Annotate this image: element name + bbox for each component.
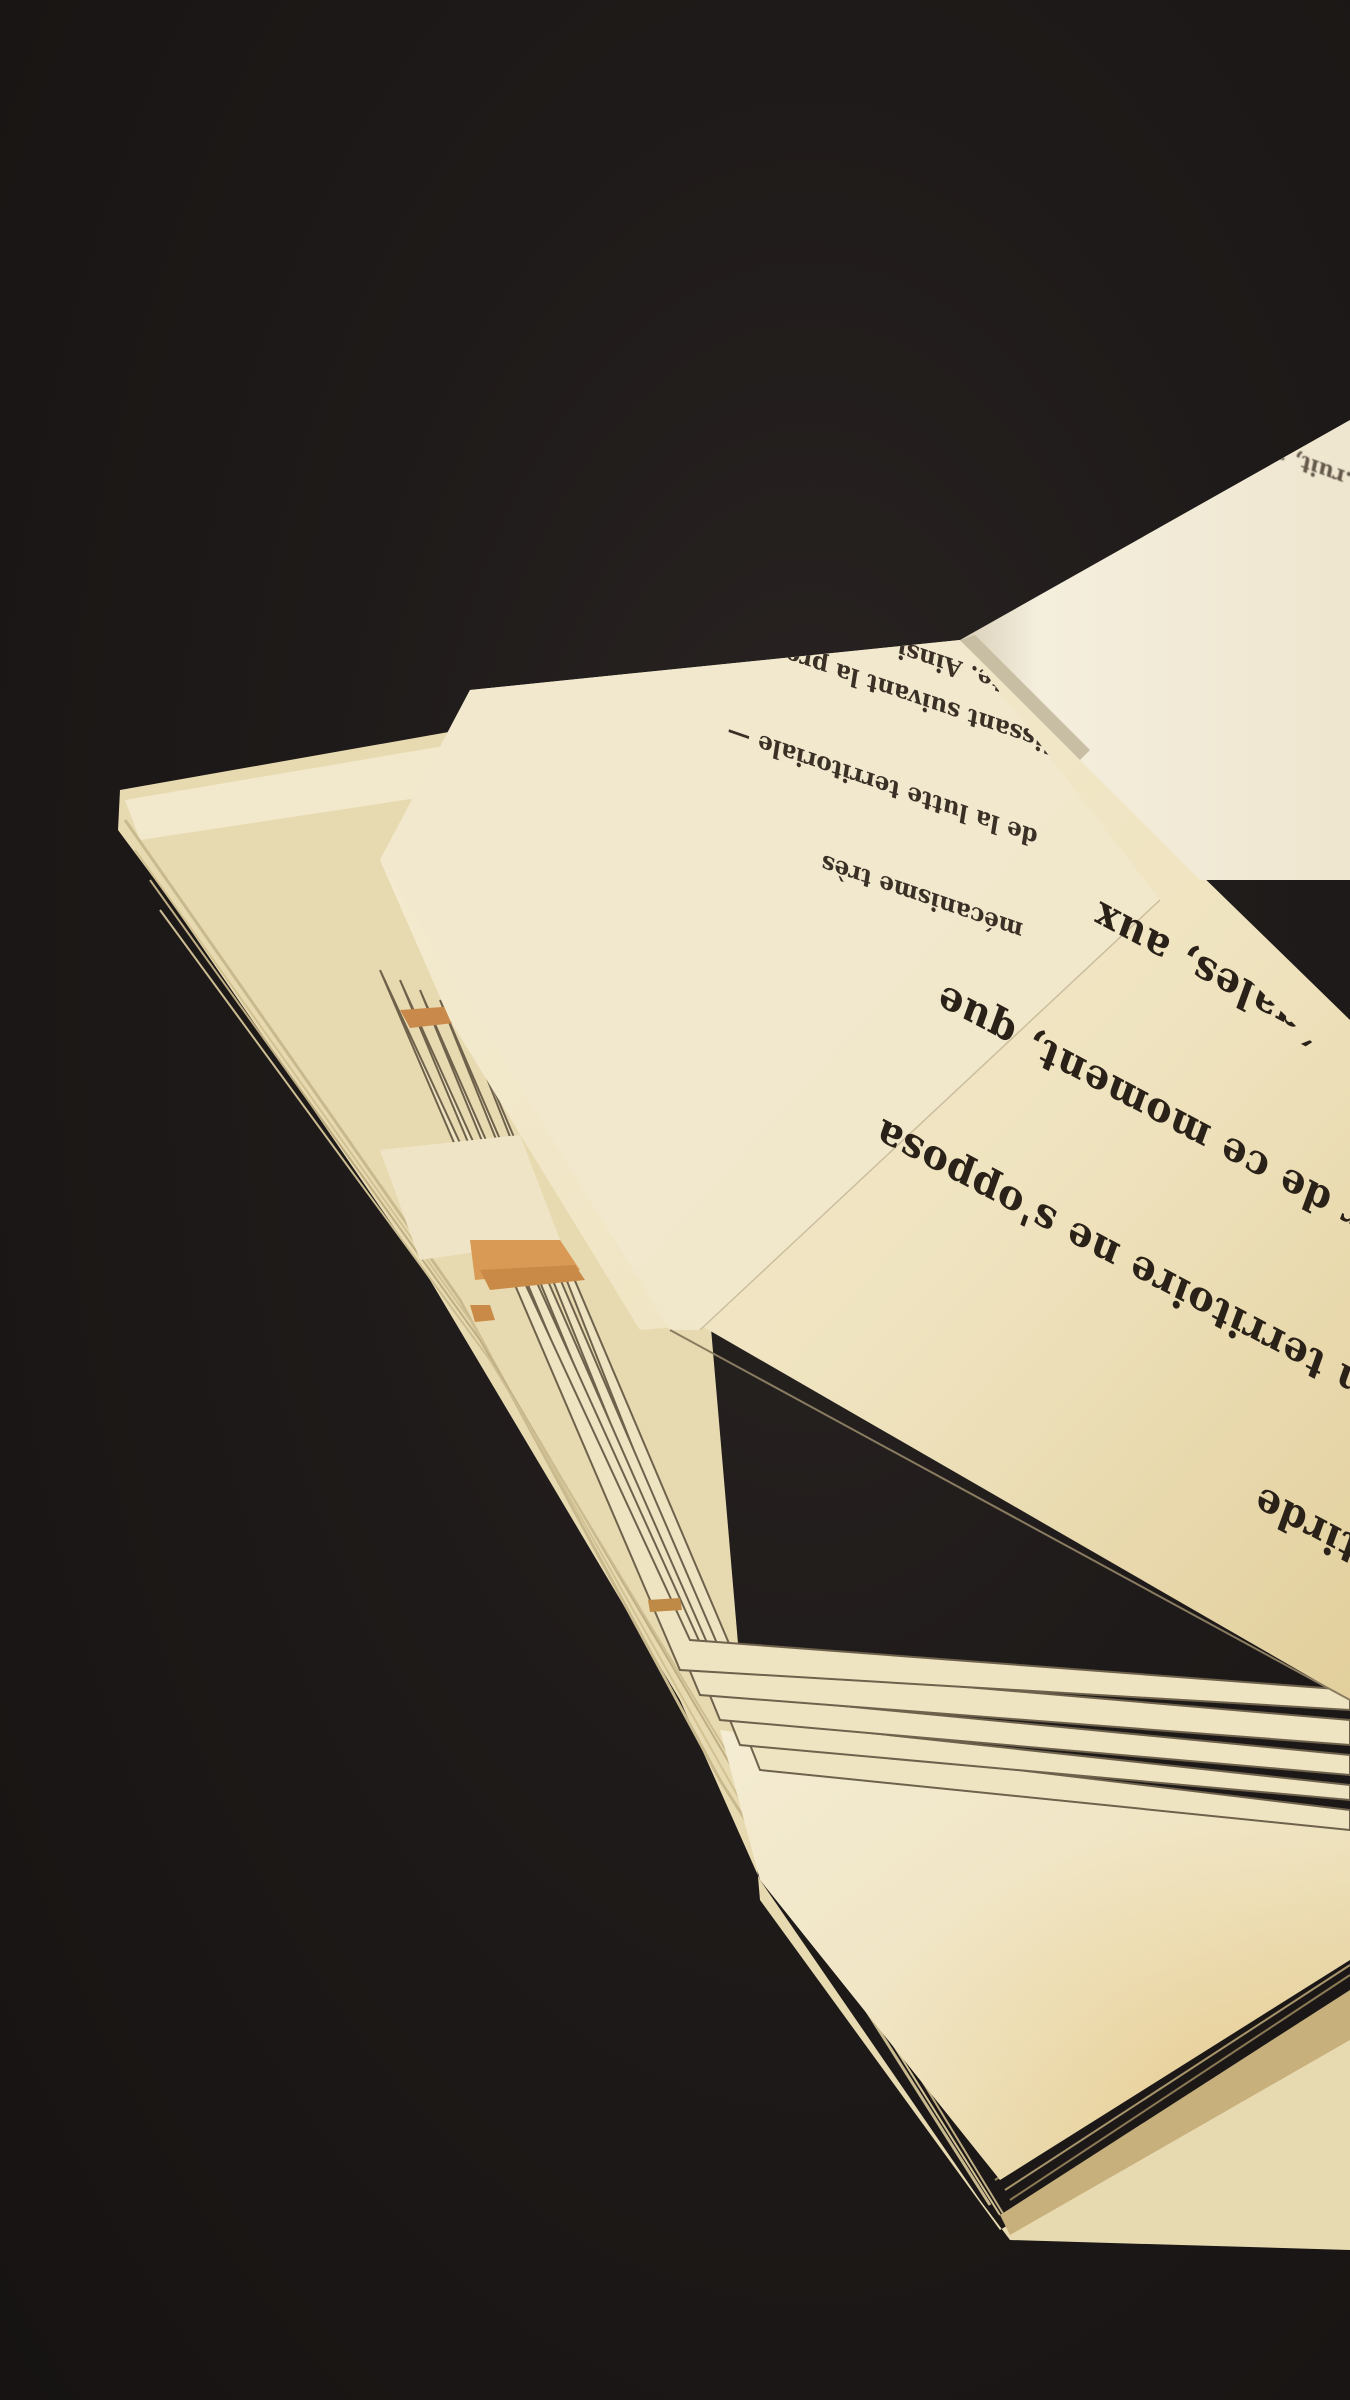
photo-scene: mécanisme très de la lutte territoriale … bbox=[0, 0, 1350, 2400]
